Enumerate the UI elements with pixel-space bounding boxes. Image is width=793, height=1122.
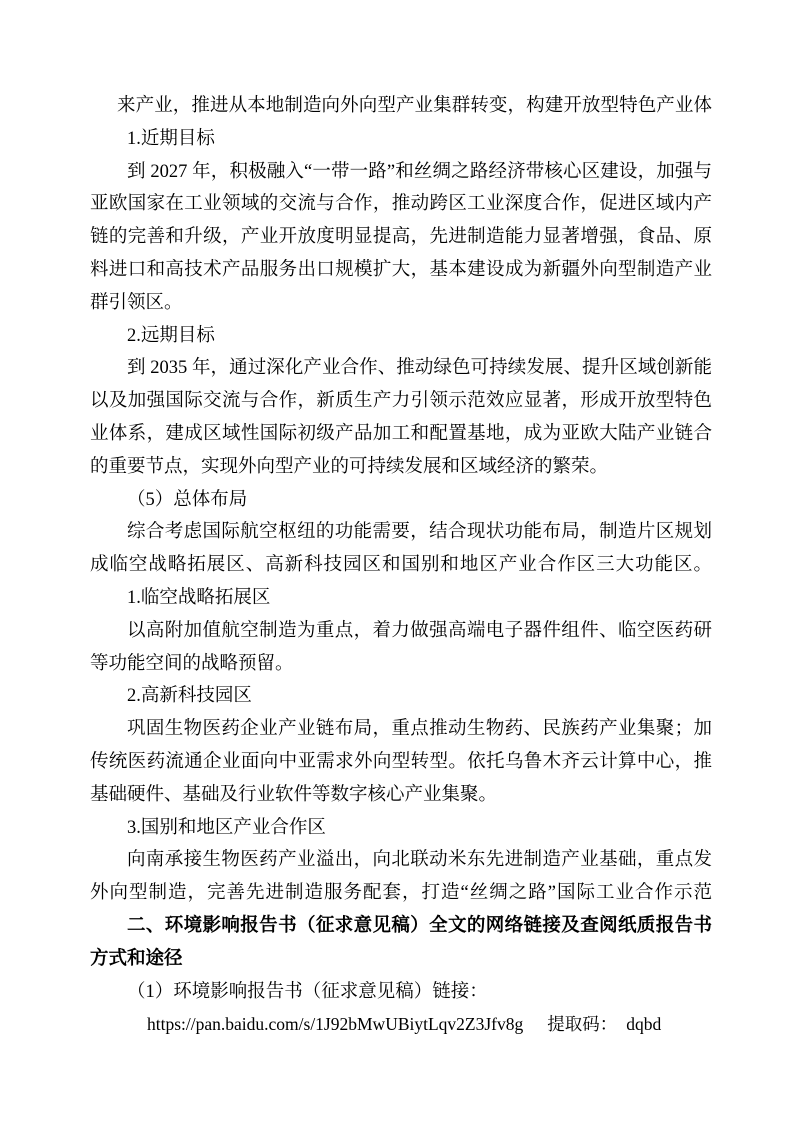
document-page: 来产业，推进从本地制造向外向型产业集群转变，构建开放型特色产业体系。 1.近期目…: [0, 0, 793, 1122]
paragraph-line: 等功能空间的战略预留。: [90, 648, 712, 681]
paragraph-line: 业体系，建成区域性国际初级产品加工和配置基地，成为亚欧大陆产业链合作: [90, 418, 712, 451]
paragraph-line: 以高附加值航空制造为重点，着力做强高端电子器件组件、临空医药研发: [90, 615, 712, 648]
paragraph-line: 来产业，推进从本地制造向外向型产业集群转变，构建开放型特色产业体系。: [90, 90, 712, 123]
paragraph-line: 传统医药流通企业面向中亚需求外向型转型。依托乌鲁木齐云计算中心，推动: [90, 746, 712, 779]
paragraph-line: 外向型制造，完善先进制造服务配套，打造“丝绸之路”国际工业合作示范园。: [90, 877, 712, 910]
paragraph-line: 亚欧国家在工业领域的交流与合作，推动跨区工业深度合作，促进区域内产业: [90, 188, 712, 221]
paragraph-line: 料进口和高技术产品服务出口规模扩大，基本建设成为新疆外向型制造产业集: [90, 254, 712, 287]
paragraph-line: 到 2035 年，通过深化产业合作、推动绿色可持续发展、提升区域创新能力: [90, 352, 712, 385]
paragraph-line: 综合考虑国际航空枢纽的功能需要，结合现状功能布局，制造片区规划形: [90, 516, 712, 549]
paragraph-line: 的重要节点，实现外向型产业的可持续发展和区域经济的繁荣。: [90, 451, 712, 484]
extraction-code-value: dqbd: [626, 1014, 661, 1034]
report-link-caption: （1）环境影响报告书（征求意见稿）链接：: [90, 976, 712, 1009]
report-link-line: https://pan.baidu.com/s/1J92bMwUBiytLqv2…: [90, 1008, 712, 1041]
heading-hightech-park: 2.高新科技园区: [90, 680, 712, 713]
heading-cooperation-zone: 3.国别和地区产业合作区: [90, 812, 712, 845]
heading-overall-layout: （5）总体布局: [90, 484, 712, 517]
report-link-url[interactable]: https://pan.baidu.com/s/1J92bMwUBiytLqv2…: [147, 1014, 523, 1034]
paragraph-line: 巩固生物医药企业产业链布局，重点推动生物药、民族药产业集聚；加速: [90, 713, 712, 746]
paragraph-line: 成临空战略拓展区、高新科技园区和国别和地区产业合作区三大功能区。: [90, 549, 712, 582]
paragraph-line: 向南承接生物医药产业溢出，向北联动米东先进制造产业基础，重点发展: [90, 844, 712, 877]
document-body: 来产业，推进从本地制造向外向型产业集群转变，构建开放型特色产业体系。 1.近期目…: [90, 90, 712, 1041]
extraction-code-label: 提取码：: [547, 1014, 617, 1034]
paragraph-line: 以及加强国际交流与合作，新质生产力引领示范效应显著，形成开放型特色产: [90, 385, 712, 418]
section-2-heading-line1: 二、环境影响报告书（征求意见稿）全文的网络链接及查阅纸质报告书的: [90, 910, 712, 943]
paragraph-line: 链的完善和升级，产业开放度明显提高，先进制造能力显著增强，食品、原材: [90, 221, 712, 254]
section-2-heading-line2: 方式和途径: [90, 943, 712, 976]
heading-airport-zone: 1.临空战略拓展区: [90, 582, 712, 615]
heading-long-term-goal: 2.远期目标: [90, 320, 712, 353]
paragraph-line: 基础硬件、基础及行业软件等数字核心产业集聚。: [90, 779, 712, 812]
paragraph-line: 群引领区。: [90, 287, 712, 320]
heading-near-term-goal: 1.近期目标: [90, 123, 712, 156]
paragraph-line: 到 2027 年，积极融入“一带一路”和丝绸之路经济带核心区建设，加强与: [90, 156, 712, 189]
